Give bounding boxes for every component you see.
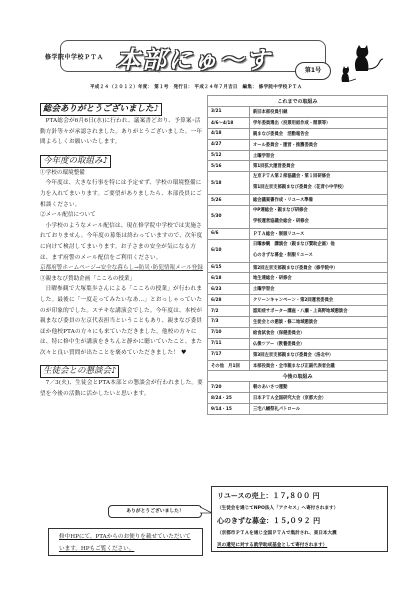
school-name: 修学院中学校ＰＴＡ <box>45 52 104 61</box>
event-date: その他 月1回 <box>208 360 250 371</box>
reuse-sales: リユースの売上：１７,８００ 円 <box>217 490 382 503</box>
event-line: 日曜参観 講演会（親まなび賛助企画）他 <box>253 240 384 251</box>
event-name: クリーンキャンペーン・第2回運営委員会 <box>250 295 388 306</box>
table-row: 7/3生徒会との懇談・修二地域懇談会 <box>208 317 388 328</box>
table-row: 7/17第3回左京支部親まなび委員会（洛北中） <box>208 349 388 360</box>
table-row: 8/24・25日本ＰＴＡ全国研究大会（京都大会） <box>208 393 388 404</box>
event-name: 中P連総会・親まなび研修会学校運営協議会総会・研修会 <box>250 206 388 229</box>
table-row: 5/12土曜学習会 <box>208 150 388 161</box>
event-name: 日曜参観 講演会（親まなび賛助企画）他心のきずな募金・制服リユース <box>250 239 388 262</box>
event-date: 6/6 <box>208 228 250 239</box>
event-date: 4/6～4/18 <box>208 117 250 128</box>
event-date: 4/18 <box>208 128 250 139</box>
table-row: 5/16第1回拡大運営委員会 <box>208 161 388 172</box>
table-row: 6/28クリーンキャンペーン・第2回運営委員会 <box>208 295 388 306</box>
table-row: 5/18左京ＰＴＡ第２部協議会・第１回研修会第1回左京支部親まなび委員会（花背小… <box>208 172 388 195</box>
event-date: 7/10 <box>208 327 250 338</box>
event-name: ＰＴＡ総会・制服リユース <box>250 228 388 239</box>
event-date: 8/24・25 <box>208 393 250 404</box>
kitten-icon <box>340 66 358 84</box>
event-date: 6/10 <box>208 239 250 262</box>
donation-note-2: 災の遺児に対する就学助成基金として寄付されます） <box>217 540 382 552</box>
event-date: 7/11 <box>208 338 250 349</box>
table-row: その他 月1回本部役員会・全市親まなび正副代表者会議 <box>208 360 388 371</box>
donation-note-1: （京都市ＰＴＡを通じ全国ＰＴＡで集計され、東日本大震 <box>217 528 382 540</box>
event-name: 学年委員選出（投票用紙作成・開票等） <box>250 117 388 128</box>
event-name: 給食試食会（保健委員会） <box>250 327 388 338</box>
event-date: 5/26 <box>208 195 250 206</box>
event-name: 生徒会との懇談・修二地域懇談会 <box>250 317 388 328</box>
activities-table-grid: これまでの取組み 3/21新旧本部役員引継 4/6～4/18学年委員選出（投票用… <box>207 95 388 415</box>
table-row: 6/10日曜参観 講演会（親まなび賛助企画）他心のきずな募金・制服リユース <box>208 239 388 262</box>
table-row: 7/2認知症サポーター講座・八瀬・上高野地域懇談会 <box>208 306 388 317</box>
table-row: 3/21新旧本部役員引継 <box>208 107 388 118</box>
event-name: 第2回左京支部親まなび委員会（修学院中） <box>250 262 388 273</box>
event-name: 日本ＰＴＡ全国研究大会（京都大会） <box>250 393 388 404</box>
item1-text: 今年度は、大きな行事を特には予定せず、学校の環境整備に力を入れてまいります。ご要… <box>40 178 204 210</box>
table-row: 6/23土曜学習会 <box>208 284 388 295</box>
event-date: 7/20 <box>208 382 250 393</box>
item2-text: 小学校のようなメール配信は、現在修学院中学校では実施されておりません。今年度の募… <box>40 221 204 263</box>
event-name: 地生連総会・研修会 <box>250 273 388 284</box>
left-column: 総会ありがとうございました♪ PTA総会が6月6日(水)に行われ、議案書どおり、… <box>40 96 204 400</box>
future-activities-header: 今後の取組み <box>208 371 388 382</box>
event-name: 土曜学習会 <box>250 284 388 295</box>
table-row: 4/6～4/18学年委員選出（投票用紙作成・開票等） <box>208 117 388 128</box>
table-row: 7/20朝のあいさつ運動 <box>208 382 388 393</box>
table-row: 6/18地生連総会・研修会 <box>208 273 388 284</box>
heart-icon: ♥ <box>181 349 187 356</box>
section-heading-student-council: 生徒会との懇談会♪ <box>40 365 119 378</box>
event-line: 学校運営協議会総会・研修会 <box>253 217 384 228</box>
event-name: 本部役員会・全市親まなび正副代表者会議 <box>250 360 388 371</box>
event-line: 第1回左京支部親まなび委員会（花背小中学校） <box>253 183 384 194</box>
event-date: 7/2 <box>208 306 250 317</box>
event-name: 親まなび委員会 活動報告会 <box>250 128 388 139</box>
activities-table: これまでの取組み 3/21新旧本部役員引継 4/6～4/18学年委員選出（投票用… <box>207 95 388 415</box>
item3-body: 日曜参観で大塚葉歩さんによる「こころの授業」が行われました。最後に「一度走ってみ… <box>40 286 202 356</box>
issue-badge: 第1号 <box>295 62 331 80</box>
table-row: 4/18親まなび委員会 活動報告会 <box>208 128 388 139</box>
homepage-notice: 修中HPにて、PTAからのお便りを載せていただいています。HPもご覧ください。 <box>48 528 203 556</box>
student-council-text: 7／3(火)、生徒会とPTA本部との懇談会が行われました。要望を今後の活動に活か… <box>40 378 204 399</box>
event-name: 第1回拡大運営委員会 <box>250 161 388 172</box>
event-name: 朝のあいさつ運動 <box>250 382 388 393</box>
event-date: 6/28 <box>208 295 250 306</box>
event-name: 第3回左京支部親まなび委員会（洛北中） <box>250 349 388 360</box>
homepage-notice-text: 修中HPにて、PTAからのお便りを載せていただいています。HPもご覧ください。 <box>59 534 191 552</box>
event-date: 5/18 <box>208 172 250 195</box>
table-row: 5/26総会議案書作成・リユース準備 <box>208 195 388 206</box>
donation-total: 心のきずな募金：１５,０９２ 円 <box>217 515 382 528</box>
table-row: 5/30中P連総会・親まなび研修会学校運営協議会総会・研修会 <box>208 206 388 229</box>
thanks-speech-bubble: ありがとうございました！ <box>108 505 202 518</box>
event-date: 6/15 <box>208 262 250 273</box>
item2-title: ②メール配信について <box>40 210 204 221</box>
event-date: 7/3 <box>208 317 250 328</box>
event-name: 総会議案書作成・リユース準備 <box>250 195 388 206</box>
event-name: オール委員会・運営・推薦委員会 <box>250 139 388 150</box>
event-date: 4/27 <box>208 139 250 150</box>
event-date: 9/14・15 <box>208 404 250 415</box>
event-name: 三宅八幡祭礼パトロール <box>250 404 388 415</box>
event-name: 土曜学習会 <box>250 150 388 161</box>
item3-text: 日曜参観で大塚葉歩さんによる「こころの授業」が行われました。最後に「一度走ってみ… <box>40 284 204 358</box>
fundraising-summary: リユースの売上：１７,８００ 円 （生徒会を通じてNPO法人「アクセス」へ寄付さ… <box>211 486 388 552</box>
table-row: 7/10給食試食会（保健委員会） <box>208 327 388 338</box>
item1-title: ①学校の環境整備 <box>40 168 204 179</box>
reuse-note: （生徒会を通じてNPO法人「アクセス」へ寄付されます） <box>217 503 382 515</box>
table-row: 7/11仏像ツアー（教養委員会） <box>208 338 388 349</box>
event-date: 7/17 <box>208 349 250 360</box>
event-line: 中P連総会・親まなび研修会 <box>253 206 384 217</box>
section-heading-this-year: 今年度の取組み♪ <box>40 155 111 168</box>
section-heading-general-meeting: 総会ありがとうございました♪ <box>40 103 162 116</box>
event-date: 3/21 <box>208 107 250 118</box>
event-date: 5/12 <box>208 150 250 161</box>
event-date: 5/30 <box>208 206 250 229</box>
table-row: 9/14・15三宅八幡祭礼パトロール <box>208 404 388 415</box>
publication-info: 平成２４（２０１２）年度： 第１号 発行日： 平成２４年７月吉日 編集： 修学院… <box>90 84 302 90</box>
event-date: 5/16 <box>208 161 250 172</box>
event-name: 左京ＰＴＡ第２部協議会・第１回研修会第1回左京支部親まなび委員会（花背小中学校） <box>250 172 388 195</box>
item3-title: ③親まなび賛助企画「こころの授業」 <box>40 274 204 285</box>
event-line: 左京ＰＴＡ第２部協議会・第１回研修会 <box>253 172 384 183</box>
table-row: 4/27オール委員会・運営・推薦委員会 <box>208 139 388 150</box>
past-activities-header: これまでの取組み <box>208 96 388 107</box>
event-date: 6/23 <box>208 284 250 295</box>
table-row: 6/6ＰＴＡ総会・制服リユース <box>208 228 388 239</box>
event-name: 新旧本部役員引継 <box>250 107 388 118</box>
table-row: 6/15第2回左京支部親まなび委員会（修学院中） <box>208 262 388 273</box>
event-line: 心のきずな募金・制服リユース <box>253 251 384 262</box>
event-name: 仏像ツアー（教養委員会） <box>250 338 388 349</box>
police-mail-link[interactable]: 京都府警ホームページ→安全な暮らし→防災･防犯情報メール登録 <box>40 263 204 274</box>
event-date: 6/18 <box>208 273 250 284</box>
event-name: 認知症サポーター講座・八瀬・上高野地域懇談会 <box>250 306 388 317</box>
general-meeting-text: PTA総会が6月6日(水)に行われ、議案書どおり、予算案･活動方針等々が承認され… <box>40 116 204 148</box>
newsletter-title: 本部にゅ～す <box>116 40 272 75</box>
